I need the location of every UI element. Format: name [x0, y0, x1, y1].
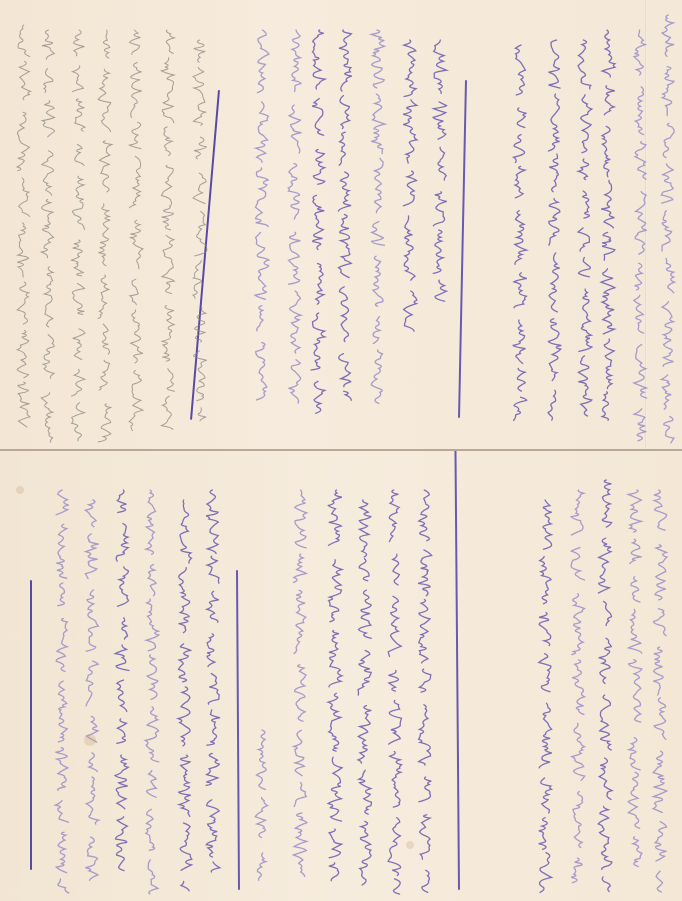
handwritten-line: [203, 490, 217, 870]
handwritten-line: [14, 25, 28, 445]
postcard-bottom: [0, 451, 682, 901]
handwritten-line: [510, 45, 524, 420]
handwritten-line: [658, 15, 672, 440]
paper-stain: [84, 734, 96, 746]
handwritten-line: [95, 30, 109, 440]
ruled-divider-line: [458, 80, 467, 418]
handwritten-line: [142, 490, 156, 890]
handwritten-line: [355, 500, 369, 890]
handwritten-line: [575, 40, 589, 420]
handwritten-line: [175, 500, 189, 890]
handwritten-line: [545, 40, 559, 420]
handwritten-line: [650, 490, 664, 890]
handwritten-line: [430, 40, 444, 300]
handwritten-line: [38, 30, 52, 440]
handwritten-line: [68, 30, 82, 440]
handwritten-line: [535, 500, 549, 890]
handwritten-line: [568, 490, 582, 880]
handwritten-line: [285, 30, 299, 400]
paper-stain: [406, 841, 414, 849]
handwritten-line: [630, 30, 644, 440]
handwritten-line: [368, 30, 382, 400]
postcard-top: [0, 0, 682, 450]
ruled-divider-line: [452, 451, 460, 890]
handwritten-line: [190, 40, 204, 420]
handwritten-line: [598, 30, 612, 420]
handwritten-line: [52, 490, 66, 890]
handwritten-line: [126, 30, 140, 430]
paper-stain: [16, 486, 24, 494]
handwritten-line: [252, 30, 266, 410]
handwritten-line: [82, 500, 96, 880]
handwritten-line: [595, 480, 609, 890]
handwritten-line: [415, 490, 429, 890]
handwritten-line: [290, 490, 304, 880]
handwritten-line: [158, 30, 172, 430]
handwritten-line: [252, 730, 266, 880]
handwritten-line: [308, 30, 322, 410]
handwritten-line: [112, 490, 126, 890]
handwritten-line: [385, 490, 399, 890]
handwritten-line: [335, 30, 349, 400]
handwritten-line: [400, 40, 414, 330]
handwritten-line: [325, 490, 339, 880]
ruled-divider-line: [236, 570, 240, 890]
ruled-divider-line: [30, 580, 32, 870]
handwritten-line: [625, 490, 639, 880]
